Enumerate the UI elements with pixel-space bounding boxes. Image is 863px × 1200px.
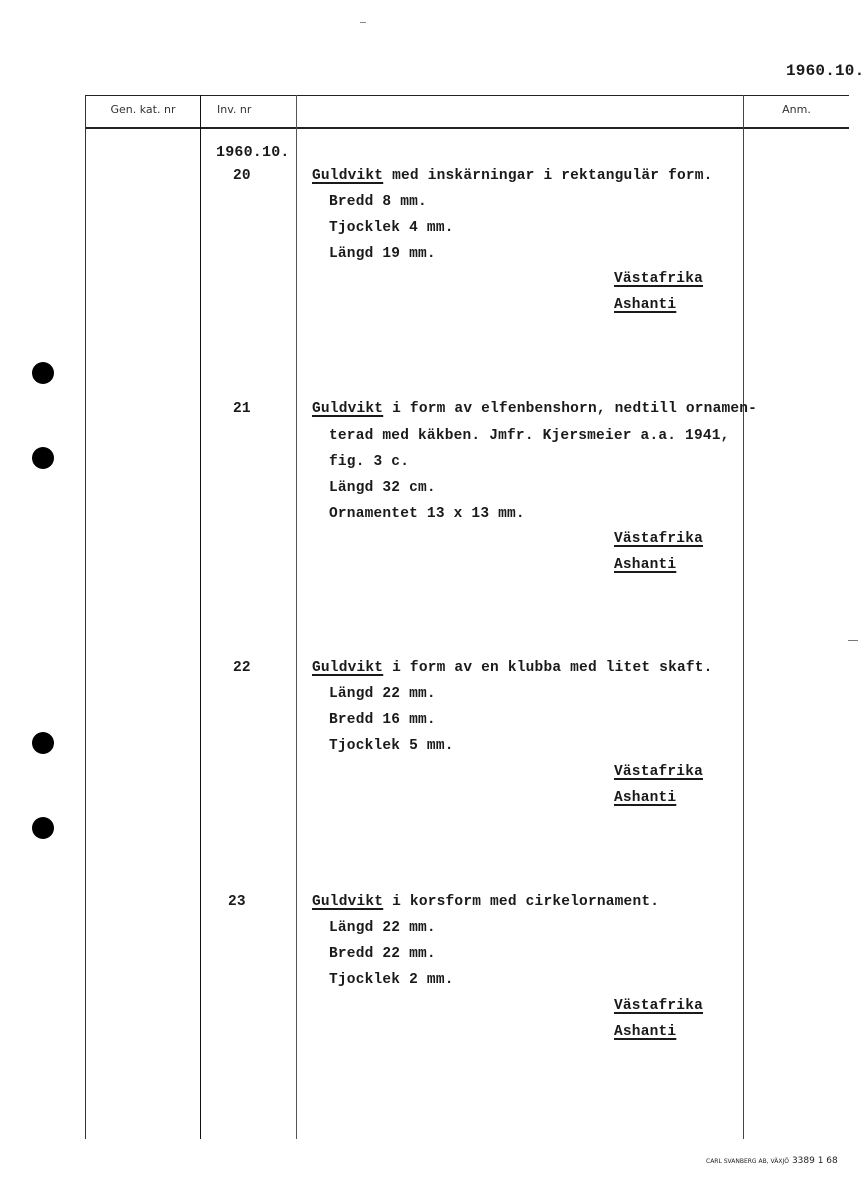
column-divider-anm: [743, 95, 744, 1139]
entry-detail: Längd 22 mm.: [329, 920, 436, 936]
header-anm: Anm.: [744, 103, 849, 116]
entry-detail: Längd 19 mm.: [329, 246, 436, 262]
inv-number: 22: [233, 660, 251, 676]
region-label: Västafrika: [614, 531, 703, 547]
scan-mark: [848, 640, 858, 641]
people-label: Ashanti: [614, 297, 676, 313]
object-name: Guldvikt: [312, 168, 383, 184]
header-inv-nr: Inv. nr: [200, 103, 296, 116]
page-reference: 1960.10.: [786, 62, 863, 80]
entry-detail: Tjocklek 5 mm.: [329, 738, 454, 754]
region-label: Västafrika: [614, 998, 703, 1014]
entry-description: med inskärningar i rektangulär form.: [383, 168, 712, 184]
entry-title-line: Guldvikt med inskärningar i rektangulär …: [312, 168, 713, 184]
entry-detail: Längd 32 cm.: [329, 480, 436, 496]
object-name: Guldvikt: [312, 894, 383, 910]
scan-mark: [360, 22, 366, 23]
entry-title-line: Guldvikt i form av elfenbenshorn, nedtil…: [312, 401, 757, 417]
entry-title-line: Guldvikt i form av en klubba med litet s…: [312, 660, 713, 676]
entry-detail: Tjocklek 2 mm.: [329, 972, 454, 988]
entry-detail: fig. 3 c.: [329, 454, 409, 470]
region-label: Västafrika: [614, 271, 703, 287]
object-name: Guldvikt: [312, 660, 383, 676]
people-label: Ashanti: [614, 790, 676, 806]
printer-imprint: CARL SVANBERG AB, VÄXJÖ3389 1 68: [706, 1156, 838, 1166]
inv-number: 21: [233, 401, 251, 417]
entry-detail: Längd 22 mm.: [329, 686, 436, 702]
header-gen-kat-nr: Gen. kat. nr: [86, 103, 200, 116]
entry-detail: Bredd 22 mm.: [329, 946, 436, 962]
entry-detail: terad med käkben. Jmfr. Kjersmeier a.a. …: [329, 428, 730, 444]
punch-hole-icon: [32, 732, 54, 754]
form-number: 3389 1 68: [792, 1156, 838, 1166]
entry-detail: Ornamentet 13 x 13 mm.: [329, 506, 525, 522]
punch-hole-icon: [32, 817, 54, 839]
object-name: Guldvikt: [312, 401, 383, 417]
entry-description: i form av elfenbenshorn, nedtill ornamen…: [383, 401, 757, 417]
entry-description: i korsform med cirkelornament.: [383, 894, 659, 910]
punch-hole-icon: [32, 362, 54, 384]
inv-number: 23: [228, 894, 246, 910]
people-label: Ashanti: [614, 557, 676, 573]
column-divider-left: [85, 95, 86, 1139]
punch-hole-icon: [32, 447, 54, 469]
column-divider-desc: [296, 95, 297, 1139]
printer-name: CARL SVANBERG AB, VÄXJÖ: [706, 1158, 789, 1165]
entry-detail: Tjocklek 4 mm.: [329, 220, 454, 236]
column-divider-inv: [200, 95, 201, 1139]
people-label: Ashanti: [614, 1024, 676, 1040]
inventory-year: 1960.10.: [216, 144, 290, 161]
entry-title-line: Guldvikt i korsform med cirkelornament.: [312, 894, 659, 910]
inv-number: 20: [233, 168, 251, 184]
entry-detail: Bredd 16 mm.: [329, 712, 436, 728]
entry-description: i form av en klubba med litet skaft.: [383, 660, 712, 676]
region-label: Västafrika: [614, 764, 703, 780]
entry-detail: Bredd 8 mm.: [329, 194, 427, 210]
